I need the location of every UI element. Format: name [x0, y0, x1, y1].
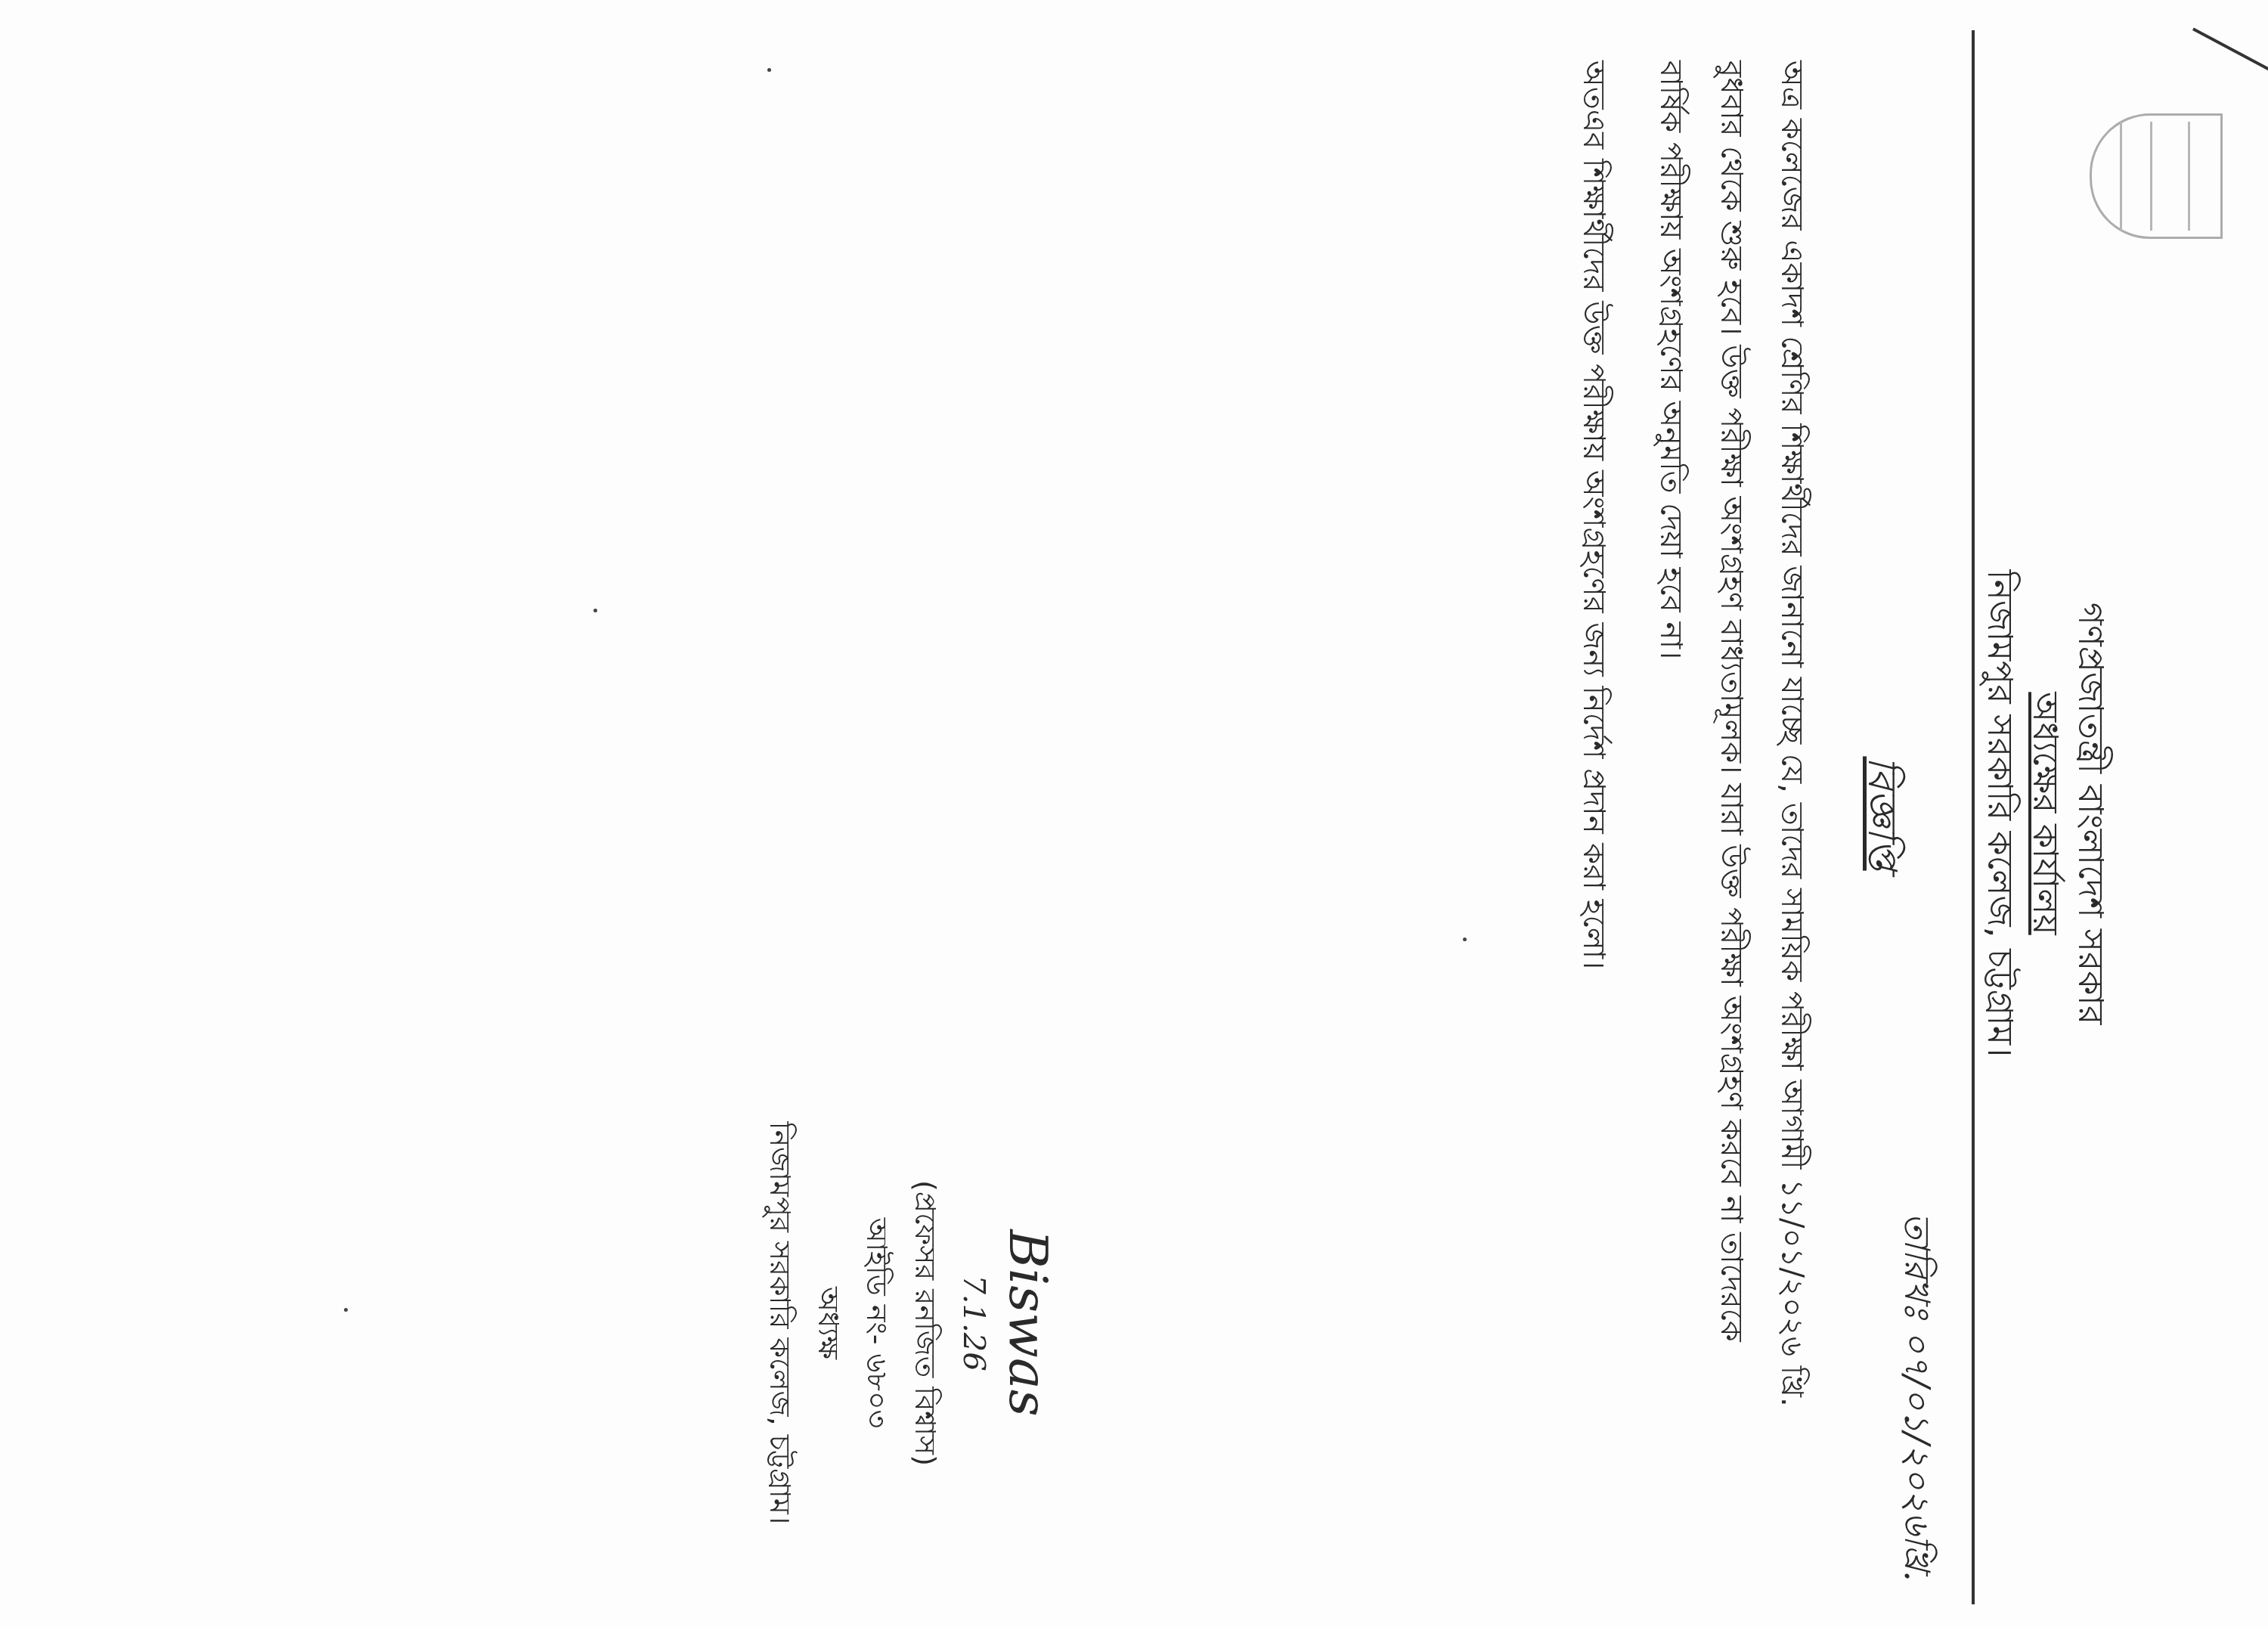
signature-date: 7.1.26 [950, 1058, 998, 1588]
scan-speck [344, 1308, 348, 1312]
signatory-id: আইডি নং- ৬৮০৩ [853, 1058, 901, 1588]
body-line: অত্র কলেজের একাদশ শ্রেণির শিক্ষার্থীদের … [1761, 60, 1822, 1582]
scan-speck [593, 609, 597, 612]
signatory-designation: অধ্যক্ষ [804, 1058, 853, 1588]
body-line: বার্ষিক পরীক্ষায় অংশগ্রহণের অনুমতি দেয়… [1641, 60, 1701, 1582]
scan-speck [1463, 937, 1467, 941]
notice-closing: অতএব শিক্ষার্থীদের উক্ত পরীক্ষায় অংশগ্র… [1567, 60, 1618, 1582]
college-heading: নিজামপুর সরকারি কলেজ, চট্টগ্রাম। [1969, 0, 2026, 1627]
signatory-institution: নিজামপুর সরকারি কলেজ, চট্টগ্রাম। [756, 1058, 804, 1588]
header-divider [1972, 30, 1975, 1604]
notice-page: গণপ্রজাতন্ত্রী বাংলাদেশ সরকার অধ্যক্ষের … [0, 0, 2268, 1627]
signature-block: Biswas 7.1.26 (প্রফেসর রনজিত বিশ্বাস) আই… [756, 1058, 1058, 1588]
body-line: বুধবার থেকে শুরু হবে। উক্ত পরীক্ষা অংশগ্… [1701, 60, 1761, 1582]
scan-speck [767, 68, 771, 72]
scanned-document: গণপ্রজাতন্ত্রী বাংলাদেশ সরকার অধ্যক্ষের … [0, 0, 2268, 1627]
notice-body: অত্র কলেজের একাদশ শ্রেণির শিক্ষার্থীদের … [1641, 60, 1822, 1582]
signatory-name: (প্রফেসর রনজিত বিশ্বাস) [901, 1058, 950, 1588]
notice-title: বিজ্ঞপ্তি [1847, 0, 1913, 1627]
signature: Biswas [998, 1058, 1058, 1588]
